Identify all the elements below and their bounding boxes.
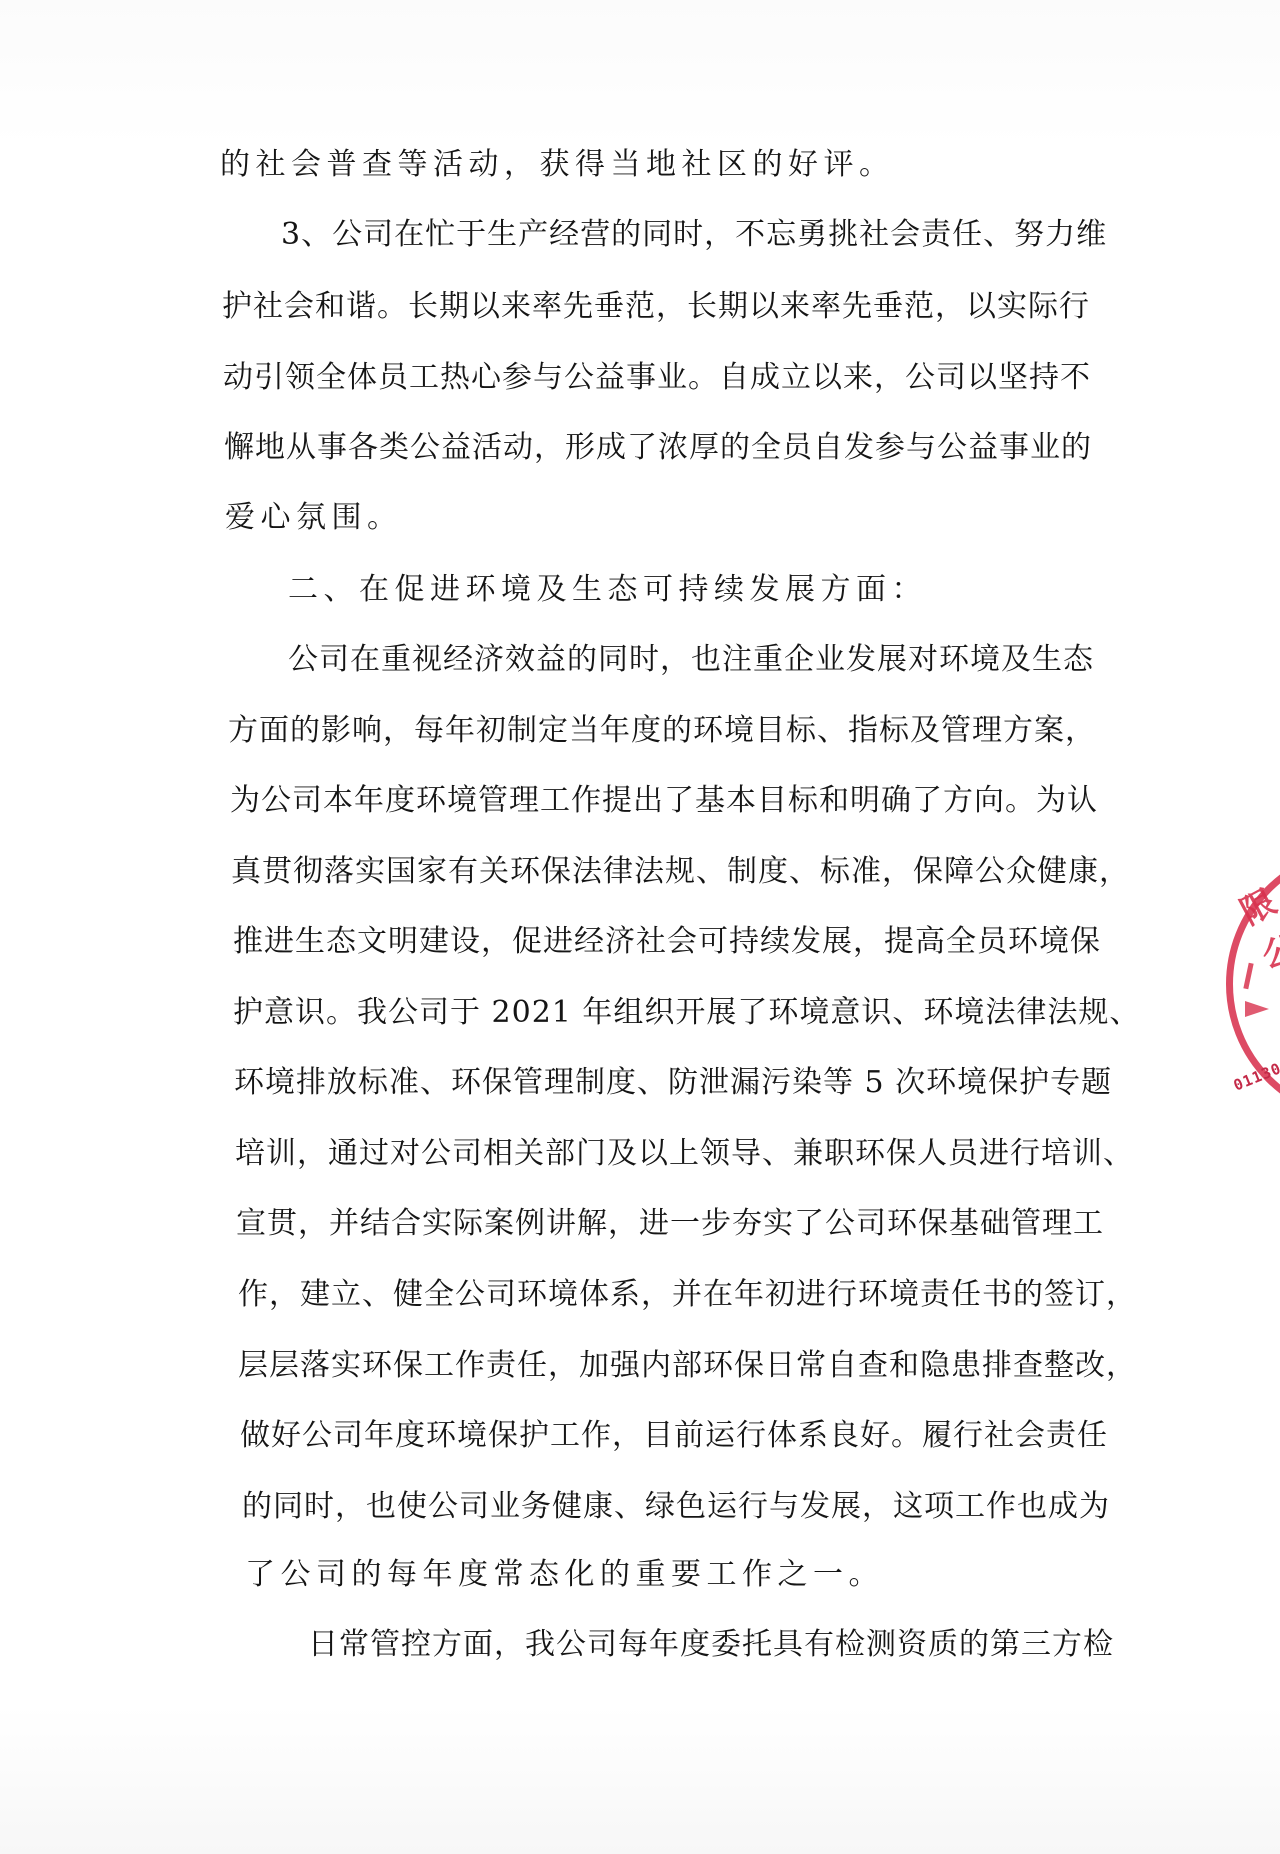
text-line: 的社会普查等活动，获得当地社区的好评。 — [220, 145, 820, 185]
document-page: 的社会普查等活动，获得当地社区的好评。 3、公司在忙于生产经营的同时，不忘勇挑社… — [0, 0, 1280, 1854]
text-line: 培训，通过对公司相关部门及以上领导、兼职环保人员进行培训、 — [235, 1134, 1091, 1174]
text-line: 公司在重视经济效益的同时，也注重企业发展对环境及生态 — [288, 640, 1084, 680]
text-line: 懈地从事各类公益活动，形成了浓厚的全员自发参与公益事业的 — [224, 428, 1082, 468]
text-line: 动引领全体员工热心参与公益事业。自成立以来，公司以坚持不 — [223, 358, 1081, 398]
text-line: 护社会和谐。长期以来率先垂范，长期以来率先垂范，以实际行 — [222, 287, 1081, 327]
text-line: 推进生态文明建设，促进经济社会可持续发展，提高全员环境保 — [233, 922, 1089, 962]
text-line: 层层落实环保工作责任，加强内部环保日常自查和隐患排查整改， — [238, 1346, 1094, 1386]
text-line: 做好公司年度环境保护工作，目前运行体系良好。履行社会责任 — [240, 1416, 1093, 1456]
text-line: 真贯彻落实国家有关环保法律法规、制度、标准，保障公众健康， — [231, 852, 1088, 892]
section-heading: 二、在促进环境及生态可持续发展方面： — [288, 570, 888, 610]
text-line: 方面的影响，每年初制定当年度的环境目标、指标及管理方案， — [228, 711, 1086, 751]
text-line: 作，建立、健全公司环境体系，并在年初进行环境责任书的签订， — [238, 1275, 1093, 1315]
text-line: 3、公司在忙于生产经营的同时，不忘勇挑社会责任、努力维 — [281, 215, 1083, 255]
seal-star-icon — [1245, 1001, 1269, 1017]
text-line: 环境排放标准、环保管理制度、防泄漏污染等 5 次环境保护专题 — [234, 1063, 1090, 1103]
text-line: 宣贯，并结合实际案例讲解，进一步夯实了公司环保基础管理工 — [236, 1204, 1092, 1244]
text-line: 护意识。我公司于 2021 年组织开展了环境意识、环境法律法规、 — [233, 993, 1090, 1033]
text-line: 为公司本年度环境管理工作提出了基本目标和明确了方向。为认 — [230, 781, 1087, 821]
text-line: 了公司的每年度常态化的重要工作之一。 — [245, 1555, 945, 1595]
text-line: 的同时，也使公司业务健康、绿色运行与发展，这项工作也成为 — [242, 1487, 1094, 1527]
text-line: 爱心氛围。 — [225, 498, 425, 538]
text-line: 日常管控方面，我公司每年度委托具有检测资质的第三方检 — [308, 1625, 1096, 1665]
